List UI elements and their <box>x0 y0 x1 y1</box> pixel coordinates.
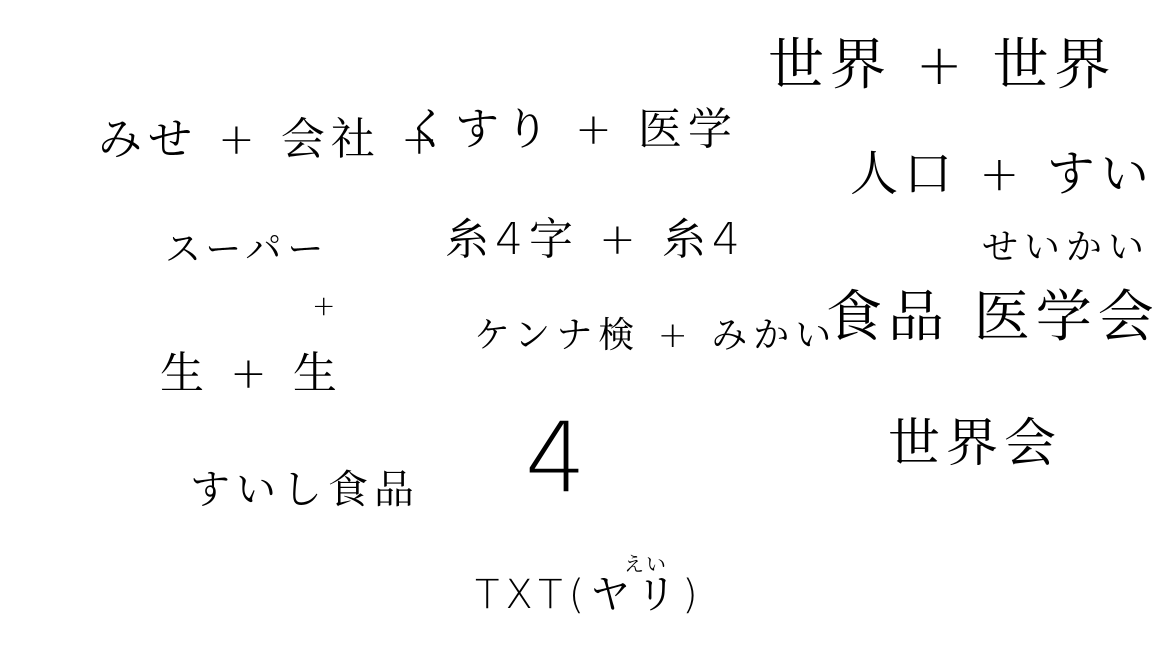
scribble-medicine-medical: くすり + 医学 <box>405 108 738 152</box>
scribble-world-world: 世界 + 世界 <box>768 38 1117 94</box>
scribble-plus: + <box>312 292 341 320</box>
scribble-science: 糸4字 + 糸4 <box>445 218 746 262</box>
scribble-exam: ケンナ検 + みかい <box>474 318 837 354</box>
scribble-sui-food: すいし食品 <box>190 470 420 510</box>
scribble-four: 4 <box>525 410 592 506</box>
scribble-population: 人口 + すいし <box>850 150 1152 198</box>
scribble-txt-superscript: えい <box>624 548 668 577</box>
scribble-raw-raw: 生 + 生 <box>160 352 343 396</box>
scribble-food-medical-society: 食品 医学会 <box>826 290 1152 346</box>
scribble-sekai-small: せいかい <box>982 230 1150 266</box>
drawing-canvas[interactable]: みせ + 会社 + くすり + 医学 世界 + 世界 人口 + すいし スーパー… <box>0 0 1152 648</box>
scribble-shop-company: みせ + 会社 + <box>98 118 444 162</box>
scribble-world-society: 世界会 <box>888 418 1062 470</box>
scribble-txt-yari: TXT(ヤリ) <box>475 575 704 615</box>
scribble-super: スーパー <box>165 232 329 268</box>
